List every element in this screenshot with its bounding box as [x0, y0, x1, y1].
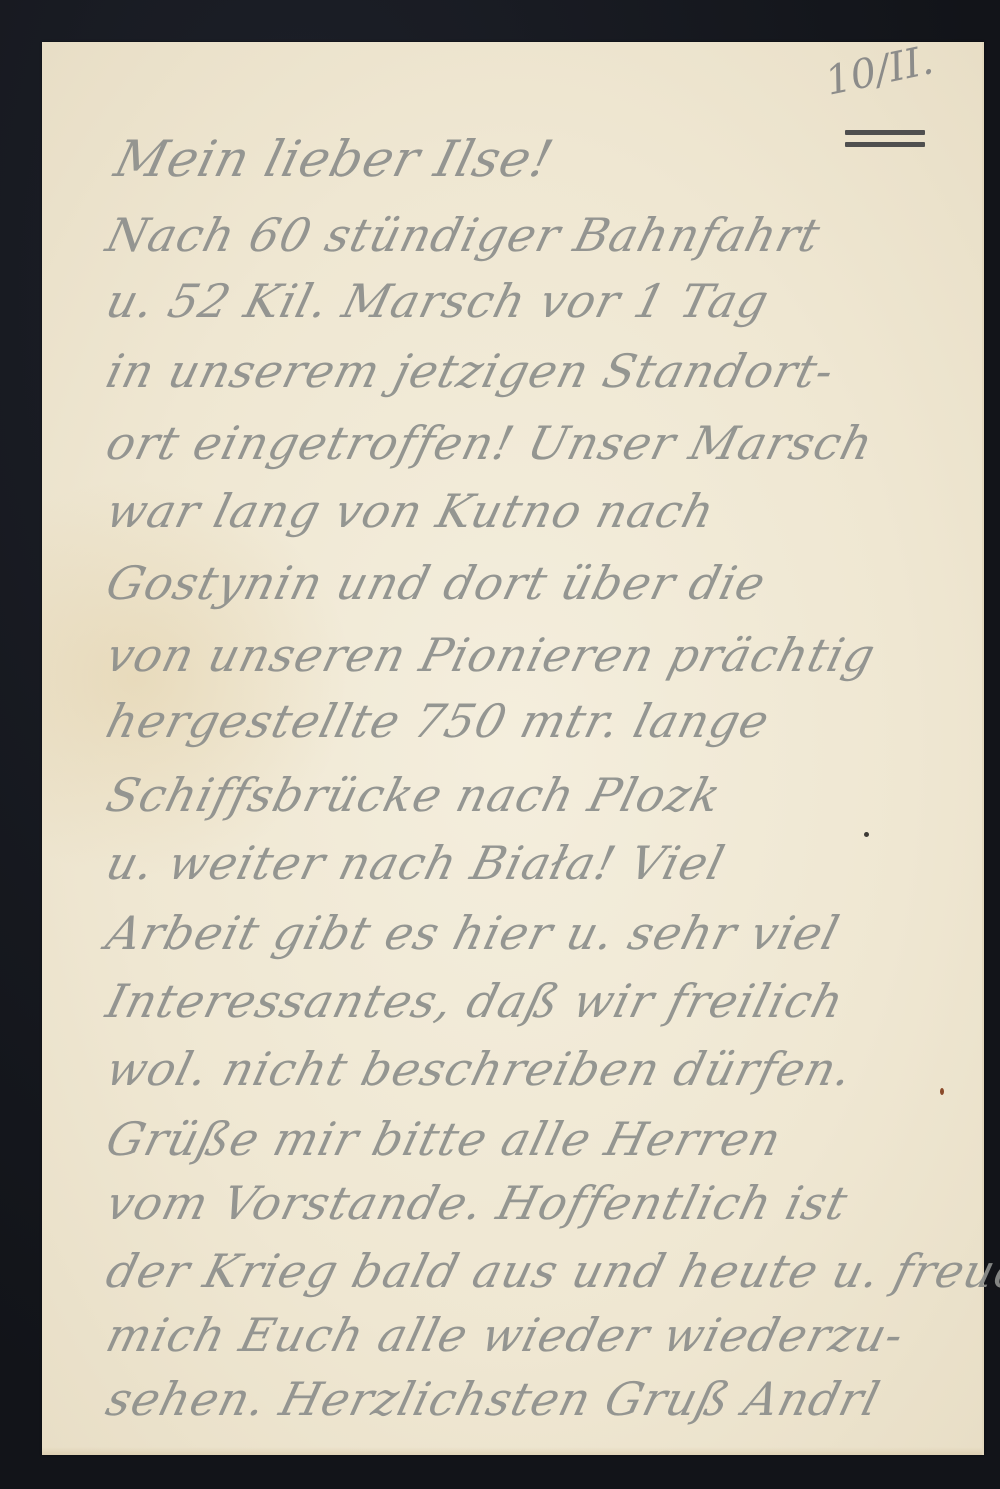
letter-line: Grüße mir bitte alle Herren [102, 1116, 963, 1162]
letter-line: u. 52 Kil. Marsch vor 1 Tag [102, 278, 963, 324]
letter-line: wol. nicht beschreiben dürfen. [102, 1046, 963, 1092]
letter-line: Nach 60 stündiger Bahnfahrt [102, 212, 963, 258]
postcard: 10/II. Mein lieber Ilse! Nach 60 stündig… [42, 42, 984, 1455]
letter-line: vom Vorstande. Hoffentlich ist [102, 1180, 963, 1226]
letter-line: ort eingetroffen! Unser Marsch [102, 420, 963, 466]
letter-line: Interessantes, daß wir freilich [102, 978, 963, 1024]
salutation: Mein lieber Ilse! [110, 134, 964, 184]
letter-line: in unserem jetzigen Standort- [102, 348, 963, 394]
corner-annotation: 10/II. [822, 37, 938, 105]
stain-spot [940, 1088, 944, 1095]
letter-line: war lang von Kutno nach [102, 488, 963, 534]
letter-line: Gostynin und dort über die [102, 560, 963, 606]
letter-line: von unseren Pionieren prächtig [102, 632, 963, 678]
letter-line: Arbeit gibt es hier u. sehr viel [102, 910, 963, 956]
letter-line: mich Euch alle wieder wiederzu- [102, 1312, 963, 1358]
letter-line: u. weiter nach Biała! Viel [102, 840, 963, 886]
letter-line: der Krieg bald aus und heute u. freue [102, 1248, 963, 1294]
letter-line: Schiffsbrücke nach Plozk [102, 772, 963, 818]
pencil-dot [864, 832, 869, 837]
letter-line: hergestellte 750 mtr. lange [102, 698, 963, 744]
letter-line: sehen. Herzlichsten Gruß Andrl [102, 1376, 963, 1422]
